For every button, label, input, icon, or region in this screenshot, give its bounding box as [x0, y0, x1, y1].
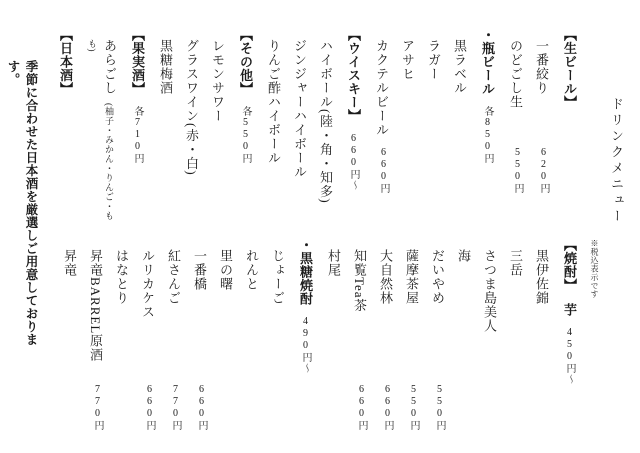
section-header-draft-beer: 【生ビール】 — [560, 26, 579, 233]
item-name: 里の曙 — [218, 249, 233, 291]
menu-item-satsuma-chaya: 薩摩茶屋 550円 — [402, 236, 421, 431]
item-name: さつま島美人 — [482, 249, 497, 333]
menu-item-ichibanbashi: 一番橋 660円 — [190, 236, 209, 431]
item-name: 海 — [456, 249, 471, 263]
section-label: 【その他】 — [238, 28, 253, 96]
menu-item-daishizenrin: 大自然林 660円 — [376, 236, 395, 431]
menu-item-benisango: 紅さんご 770円 — [164, 236, 183, 431]
section-header-others: 【その他】 各550円 — [236, 26, 255, 233]
section-label: 【生ビール】 — [562, 28, 577, 109]
menu-item-jogo: じょーご — [268, 236, 287, 436]
item-name: れんと — [244, 249, 259, 291]
menu-item-asahi: アサヒ — [398, 26, 417, 233]
item-name: ラガー — [426, 39, 441, 81]
section-price-note: 各550円 — [240, 106, 251, 164]
item-name: 黒糖梅酒 — [158, 39, 173, 95]
section-price-note: 450円〜 — [564, 327, 575, 385]
menu-item-umi: 海 — [454, 236, 473, 436]
menu-item-satonoakebono: 里の曙 — [216, 236, 235, 436]
section-price-note: 490円〜 — [300, 316, 311, 374]
item-price: 770円 — [86, 384, 105, 431]
item-name: アサヒ — [400, 39, 415, 81]
item-price: 660円 — [372, 147, 391, 194]
item-name: あらごし — [102, 39, 117, 95]
section-header-bottle-beer: ・瓶ビール 各850円 — [478, 26, 497, 233]
section-header-sake: 【日本酒】 — [56, 26, 75, 233]
menu-top-band: 【生ビール】 一番絞り 620円 のどごし生 550円 ・瓶ビール 各850円 … — [0, 26, 588, 233]
section-header-kokuto-shochu: ・黒糖焼酎 490円〜 — [296, 236, 315, 436]
section-header-imo-shochu: 【焼酎】 芋 450円〜 — [560, 236, 579, 436]
item-name: 紅さんご — [164, 249, 183, 305]
item-name: 薩摩茶屋 — [402, 249, 421, 305]
menu-item-apple-vinegar-highball: りんご酢ハイボール — [264, 26, 283, 233]
menu-item-hanatori: はなとり — [112, 236, 131, 436]
item-name: 昇竜BARREL原酒 — [86, 249, 105, 362]
item-price: 660円 — [138, 384, 157, 431]
section-label: 【焼酎】 — [562, 238, 577, 292]
item-name: 昇竜 — [62, 249, 77, 277]
menu-item-cocktail-beer: カクテルビール 660円 — [372, 26, 391, 194]
section-label: ・黒糖焼酎 — [298, 238, 313, 306]
item-name: 一番絞り — [532, 39, 551, 95]
menu-item-highball: ハイボール(陸・角・知多) — [316, 26, 335, 233]
item-name: 三岳 — [508, 249, 523, 277]
menu-item-aragoshi: あらごし (柚子・みかん・りんご・もも) — [84, 26, 119, 233]
item-name: ハイボール(陸・角・知多) — [318, 39, 333, 204]
menu-item-glass-wine: グラスワイン(赤・白) — [182, 26, 201, 233]
section-label: ・瓶ビール — [480, 28, 495, 96]
item-name: りんご酢ハイボール — [266, 39, 281, 165]
item-name: ジンジャーハイボール — [292, 39, 307, 179]
item-name: ルリカケス — [138, 249, 157, 319]
item-name: 黒伊佐錦 — [534, 249, 549, 305]
item-price: 770円 — [164, 384, 183, 431]
menu-item-rurikakesu: ルリカケス 660円 — [138, 236, 157, 431]
section-header-fruit-wine: 【果実酒】 各710円 — [128, 26, 147, 233]
item-price: 660円 — [190, 384, 209, 431]
item-name: はなとり — [114, 249, 129, 305]
menu-item-nodogoshi-nama: のどごし生 550円 — [506, 26, 525, 194]
item-name: 黒ラベル — [452, 39, 467, 95]
item-price: 550円 — [506, 147, 525, 194]
section-label: 【日本酒】 — [58, 28, 73, 96]
item-price: 550円 — [428, 384, 447, 431]
menu-item-mitake: 三岳 — [506, 236, 525, 436]
item-price: 660円 — [376, 384, 395, 431]
section-price-note: 各710円 — [132, 106, 143, 164]
sake-tagline: 季節に合わせた日本酒を厳選しご用意しております。 — [4, 26, 40, 371]
section-header-whisky: 【ウイスキー】 660円〜 — [344, 26, 363, 233]
section-price-note: 各850円 — [482, 106, 493, 164]
menu-item-kuroisanishiki: 黒伊佐錦 — [532, 236, 551, 436]
section-label: 【ウイスキー】 — [346, 28, 361, 123]
item-name: グラスワイン(赤・白) — [184, 39, 199, 176]
menu-item-shoryu: 昇竜 — [60, 236, 79, 436]
section-sublabel: 芋 — [562, 303, 577, 317]
menu-item-satsuma-shimabijin: さつま島美人 — [480, 236, 499, 436]
menu-item-lento: れんと — [242, 236, 261, 436]
item-name: 大自然林 — [376, 249, 395, 305]
tax-included-note: ※税込表示です — [589, 239, 600, 299]
item-name: じょーご — [270, 249, 285, 305]
menu-item-murao: 村尾 — [324, 236, 343, 436]
section-label: 【果実酒】 — [130, 28, 145, 96]
menu-item-ichiban-shibori: 一番絞り 620円 — [532, 26, 551, 194]
menu-bottom-band: 【焼酎】 芋 450円〜 黒伊佐錦 三岳 さつま島美人 海 だいやめ 550円 … — [53, 236, 588, 436]
item-name: レモンサワー — [210, 39, 225, 123]
menu-item-lemon-sour: レモンサワー — [208, 26, 227, 233]
item-price: 660円 — [350, 384, 369, 431]
drink-menu-page: ドリンクメニュー ※税込表示です 【生ビール】 一番絞り 620円 のどごし生 … — [0, 0, 640, 453]
menu-item-kuro-label: 黒ラベル — [450, 26, 469, 233]
menu-item-shoryu-barrel: 昇竜BARREL原酒 770円 — [86, 236, 105, 431]
item-price: 550円 — [402, 384, 421, 431]
item-name: 一番橋 — [190, 249, 209, 291]
item-name: 村尾 — [326, 249, 341, 277]
item-name: 知覧Tea茶 — [350, 249, 369, 313]
menu-item-daiyame: だいやめ 550円 — [428, 236, 447, 431]
menu-title: ドリンクメニュー — [607, 97, 626, 225]
item-name: カクテルビール — [372, 39, 391, 137]
item-name: のどごし生 — [506, 39, 525, 109]
item-name: だいやめ — [428, 249, 447, 305]
menu-item-chiran-tea: 知覧Tea茶 660円 — [350, 236, 369, 431]
menu-item-ginger-highball: ジンジャーハイボール — [290, 26, 309, 233]
item-price: 620円 — [532, 147, 551, 194]
menu-item-lager: ラガー — [424, 26, 443, 233]
section-price-note: 660円〜 — [348, 133, 359, 191]
menu-item-kokuto-umeshu: 黒糖梅酒 — [156, 26, 175, 233]
